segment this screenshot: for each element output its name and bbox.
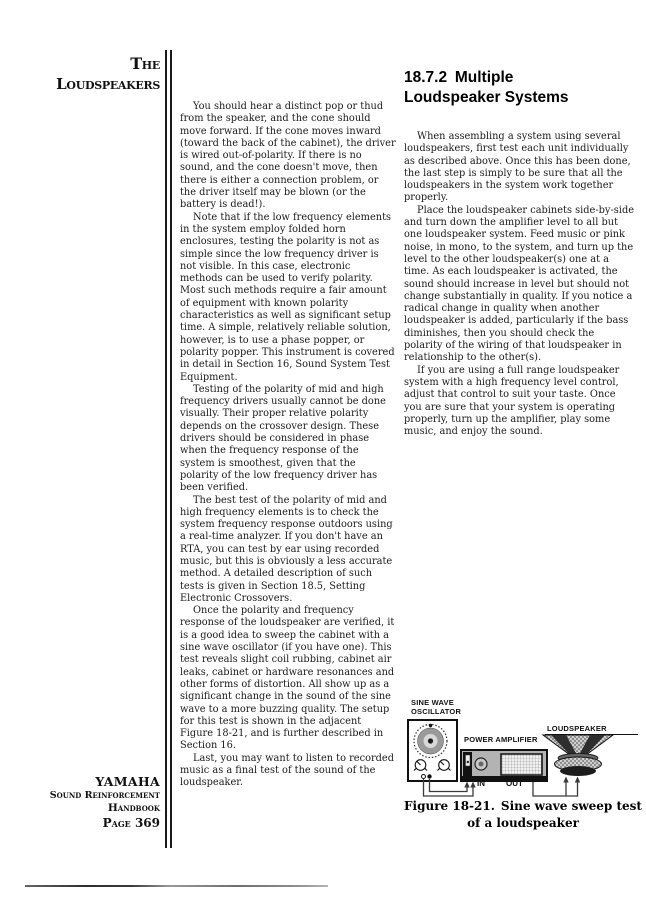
amplifier-label: POWER AMPLIFIER [464,736,538,745]
power-amplifier-box [461,750,547,781]
paragraph: Once the polarity and frequency response… [180,605,396,753]
right-text-column: 18.7.2 Multiple Loudspeaker Systems When… [404,62,634,438]
paragraph: The best test of the polarity of mid and… [180,495,396,606]
book-title-line1: Sound Reinforcement [20,790,160,802]
book-title-line2: Handbook [20,802,160,815]
book-footer: YAMAHA Sound Reinforcement Handbook Page… [20,774,160,831]
scan-artifact-line [25,885,328,887]
paragraph: Note that if the low frequency elements … [180,212,396,384]
book-brand: YAMAHA [20,774,160,790]
amp-grille [501,754,542,775]
left-text-column: You should hear a distinct pop or thud f… [180,101,396,790]
paragraph: If you are using a full range loudspeake… [404,365,634,439]
loudspeaker-driver [555,754,602,777]
oscillator-label: SINE WAVE OSCILLATOR [411,699,461,716]
page-margin-title: The Loudspeakers [20,54,160,95]
loudspeaker-horn [543,735,638,756]
amp-power-switch [466,755,471,766]
page-number: Page 369 [20,815,160,831]
book-page: The Loudspeakers You should hear a disti… [0,0,646,910]
paragraph: Place the loudspeaker cabinets side-by-s… [404,205,634,365]
caption-line1: Figure 18-21. Sine wave sweep test [400,798,646,815]
caption-line2: of a loudspeaker [400,815,646,832]
margin-title-line2: Loudspeakers [20,74,160,95]
margin-title-line1: The [20,54,160,74]
paragraph: When assembling a system using several l… [404,131,634,205]
amp-input-label: IN [477,780,485,788]
figure-caption: Figure 18-21. Sine wave sweep test of a … [400,798,646,832]
column-divider-rule [165,50,172,848]
section-heading-line2: Loudspeaker Systems [404,88,634,108]
section-heading: 18.7.2 Multiple Loudspeaker Systems [404,68,634,107]
loudspeaker-label: LOUDSPEAKER [547,725,607,734]
amp-output-label: OUT [506,780,523,788]
paragraph: Last, you may want to listen to recorded… [180,753,396,790]
section-heading-line1: 18.7.2 Multiple [404,68,634,88]
paragraph: Testing of the polarity of mid and high … [180,384,396,495]
figure-18-21: SINE WAVE OSCILLATOR POWER AMPLIFIER LOU… [400,698,646,850]
paragraph: You should hear a distinct pop or thud f… [180,101,396,212]
